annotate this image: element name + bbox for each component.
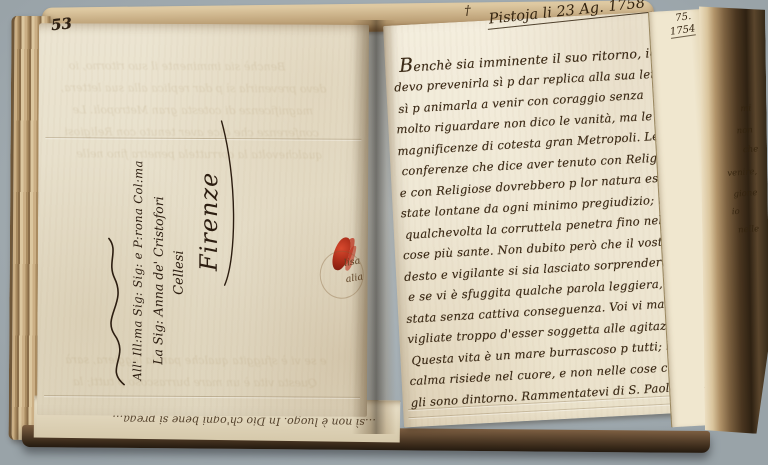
bleedthrough-line: magnificenze di cotesta gran Metropoli. … [73,103,314,117]
right-page: † d 63 Pistoja li 23 Ag. 1758 Benchè sia… [383,12,676,428]
address-line-honorific: All' Ill:ma Sig: Sig: e P:rona Col:ma [130,123,145,381]
bleedthrough-line: devo prevenirla sì p dar replica alla su… [61,81,327,95]
fold-crease [44,395,361,399]
address-line-surname: Cellesi [172,123,188,295]
bleedthrough-line: Benchè sia imminente il suo ritorno, io [69,59,286,73]
text-fragment: nelle [738,224,760,235]
manuscript-photo: …sì non è luogo. In Dio ch'ogni bene si … [0,0,768,465]
page-number: 53 [50,14,73,34]
text-fragment: mi [740,103,751,114]
fore-edge-page-stack: mi non che venire, gione io nelle [699,6,768,435]
text-fragment: gione [733,188,757,200]
next-page-folio-number: 75. [675,11,692,24]
left-page: 53 Benchè sia imminente il suo ritorno, … [37,23,369,417]
heading-cross-mark: † [464,3,471,18]
flourish-paraph [102,236,129,386]
address-block: All' Ill:ma Sig: Sig: e P:rona Col:ma La… [100,122,331,391]
letter-body: Benchè sia imminente il suo ritorno, io … [393,42,671,413]
address-line-name: La Sig: Anna de' Cristofori [150,123,166,365]
text-fragment: venire, [727,167,757,179]
next-page-year: 1754 [669,23,696,39]
text-fragment: che [743,144,759,155]
text-fragment: io [732,207,740,217]
text-fragment: non [736,125,753,136]
